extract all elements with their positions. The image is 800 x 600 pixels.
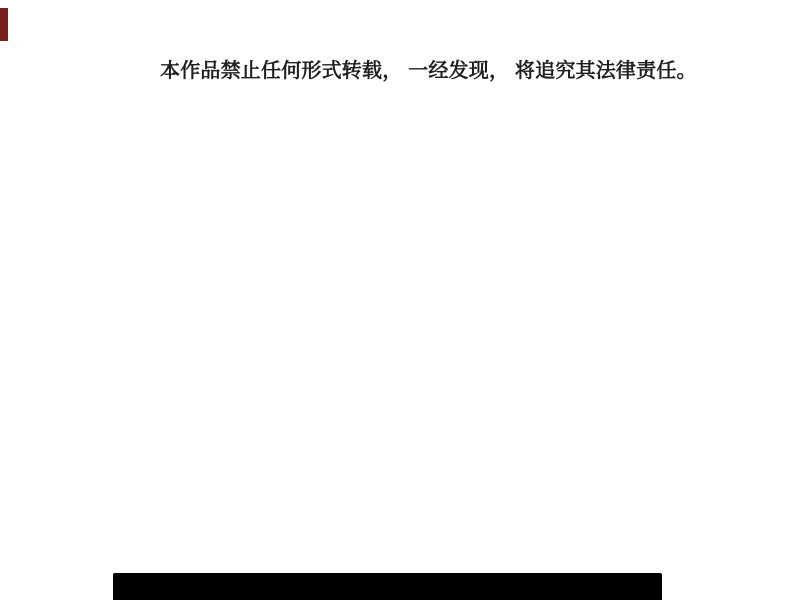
red-edge-artwork-mark xyxy=(0,8,8,41)
comic-page: 本作品禁止任何形式转载， 一经发现， 将追究其法律责任。 xyxy=(0,0,800,600)
copyright-warning-text: 本作品禁止任何形式转载， 一经发现， 将追究其法律责任。 xyxy=(160,59,720,83)
next-panel-black-edge xyxy=(113,573,662,600)
